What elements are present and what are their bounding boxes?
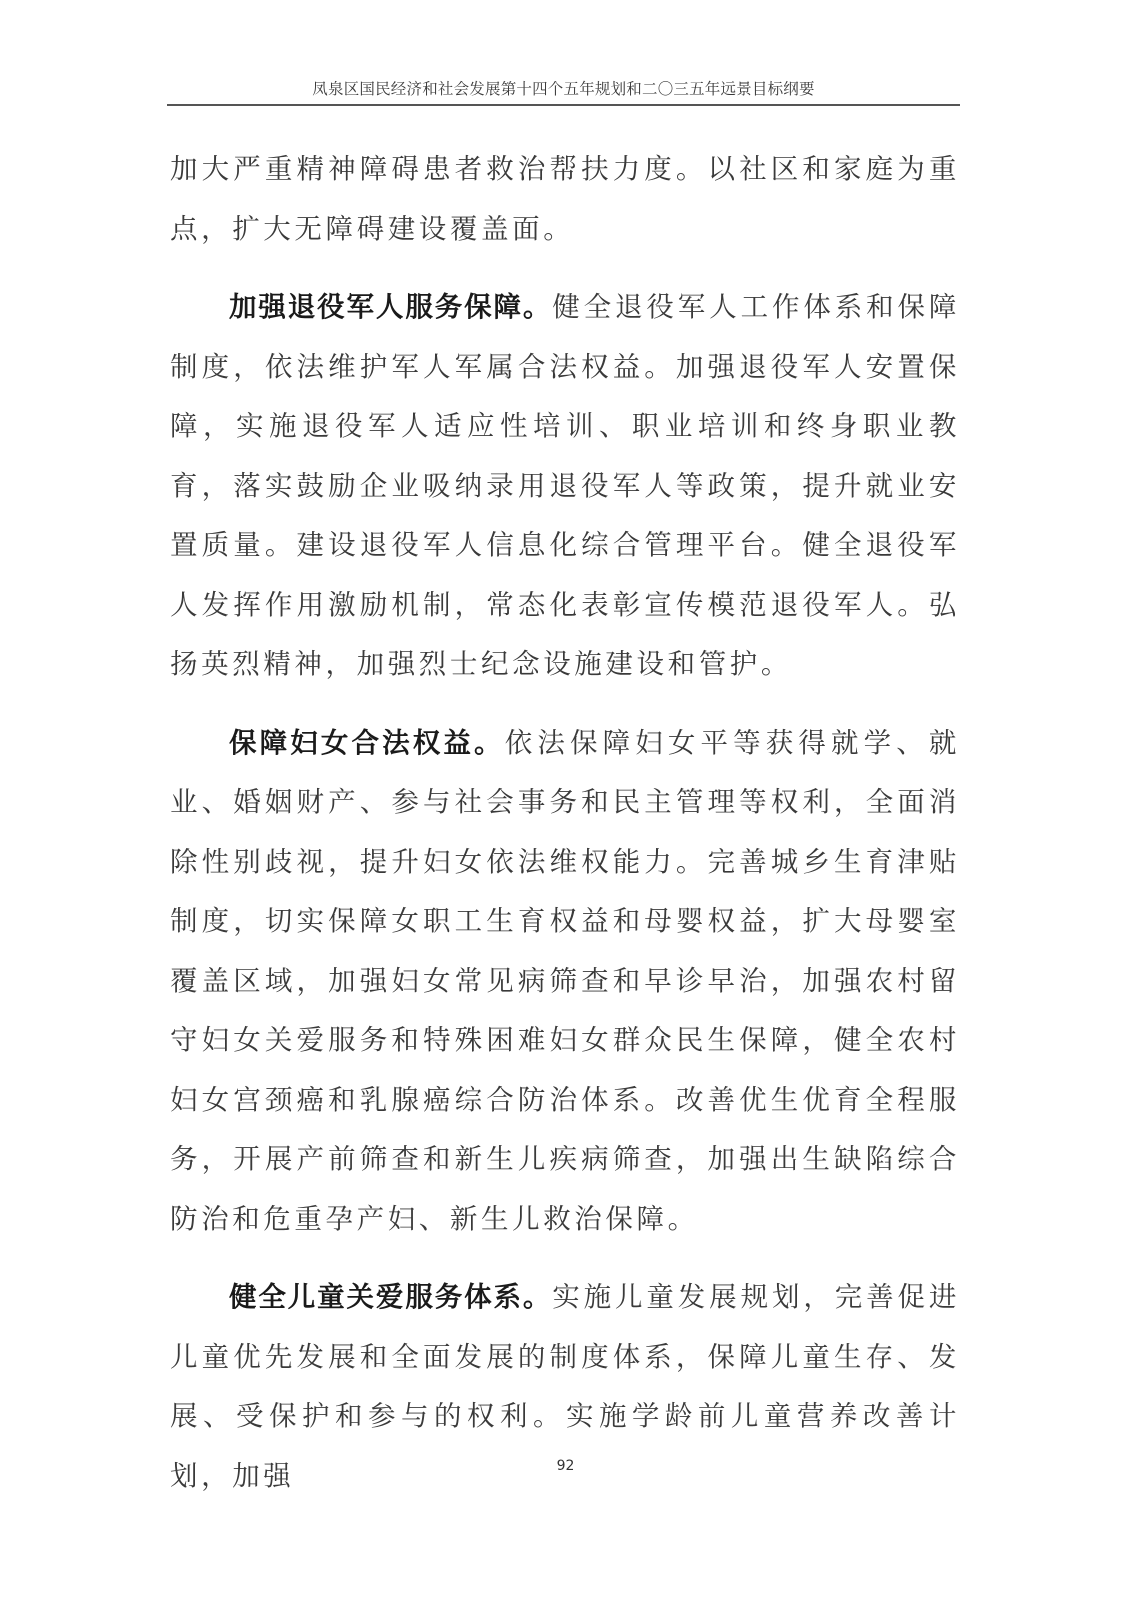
paragraph-text: 依法保障妇女平等获得就学、就业、婚姻财产、参与社会事务和民主管理等权利，全面消除… — [170, 727, 960, 1235]
paragraph-veterans: 加强退役军人服务保障。健全退役军人工作体系和保障制度，依法维护军人军属合法权益。… — [170, 278, 960, 695]
paragraph-text: 健全退役军人工作体系和保障制度，依法维护军人军属合法权益。加强退役军人安置保障，… — [170, 291, 960, 680]
paragraph-women-rights: 保障妇女合法权益。依法保障妇女平等获得就学、就业、婚姻财产、参与社会事务和民主管… — [170, 714, 960, 1250]
paragraph-lead: 加强退役军人服务保障。 — [229, 291, 552, 323]
paragraph-lead: 健全儿童关爱服务体系。 — [229, 1281, 552, 1313]
paragraph-continuation: 加大严重精神障碍患者救治帮扶力度。以社区和家庭为重点，扩大无障碍建设覆盖面。 — [170, 140, 960, 259]
running-header: 凤泉区国民经济和社会发展第十四个五年规划和二〇三五年远景目标纲要 — [167, 78, 960, 106]
paragraph-text: 加大严重精神障碍患者救治帮扶力度。以社区和家庭为重点，扩大无障碍建设覆盖面。 — [170, 153, 960, 245]
document-title: 凤泉区国民经济和社会发展第十四个五年规划和二〇三五年远景目标纲要 — [312, 78, 814, 100]
paragraph-lead: 保障妇女合法权益。 — [229, 727, 505, 759]
body-text: 加大严重精神障碍患者救治帮扶力度。以社区和家庭为重点，扩大无障碍建设覆盖面。 加… — [170, 140, 960, 1506]
page-number: 92 — [0, 1458, 1131, 1474]
